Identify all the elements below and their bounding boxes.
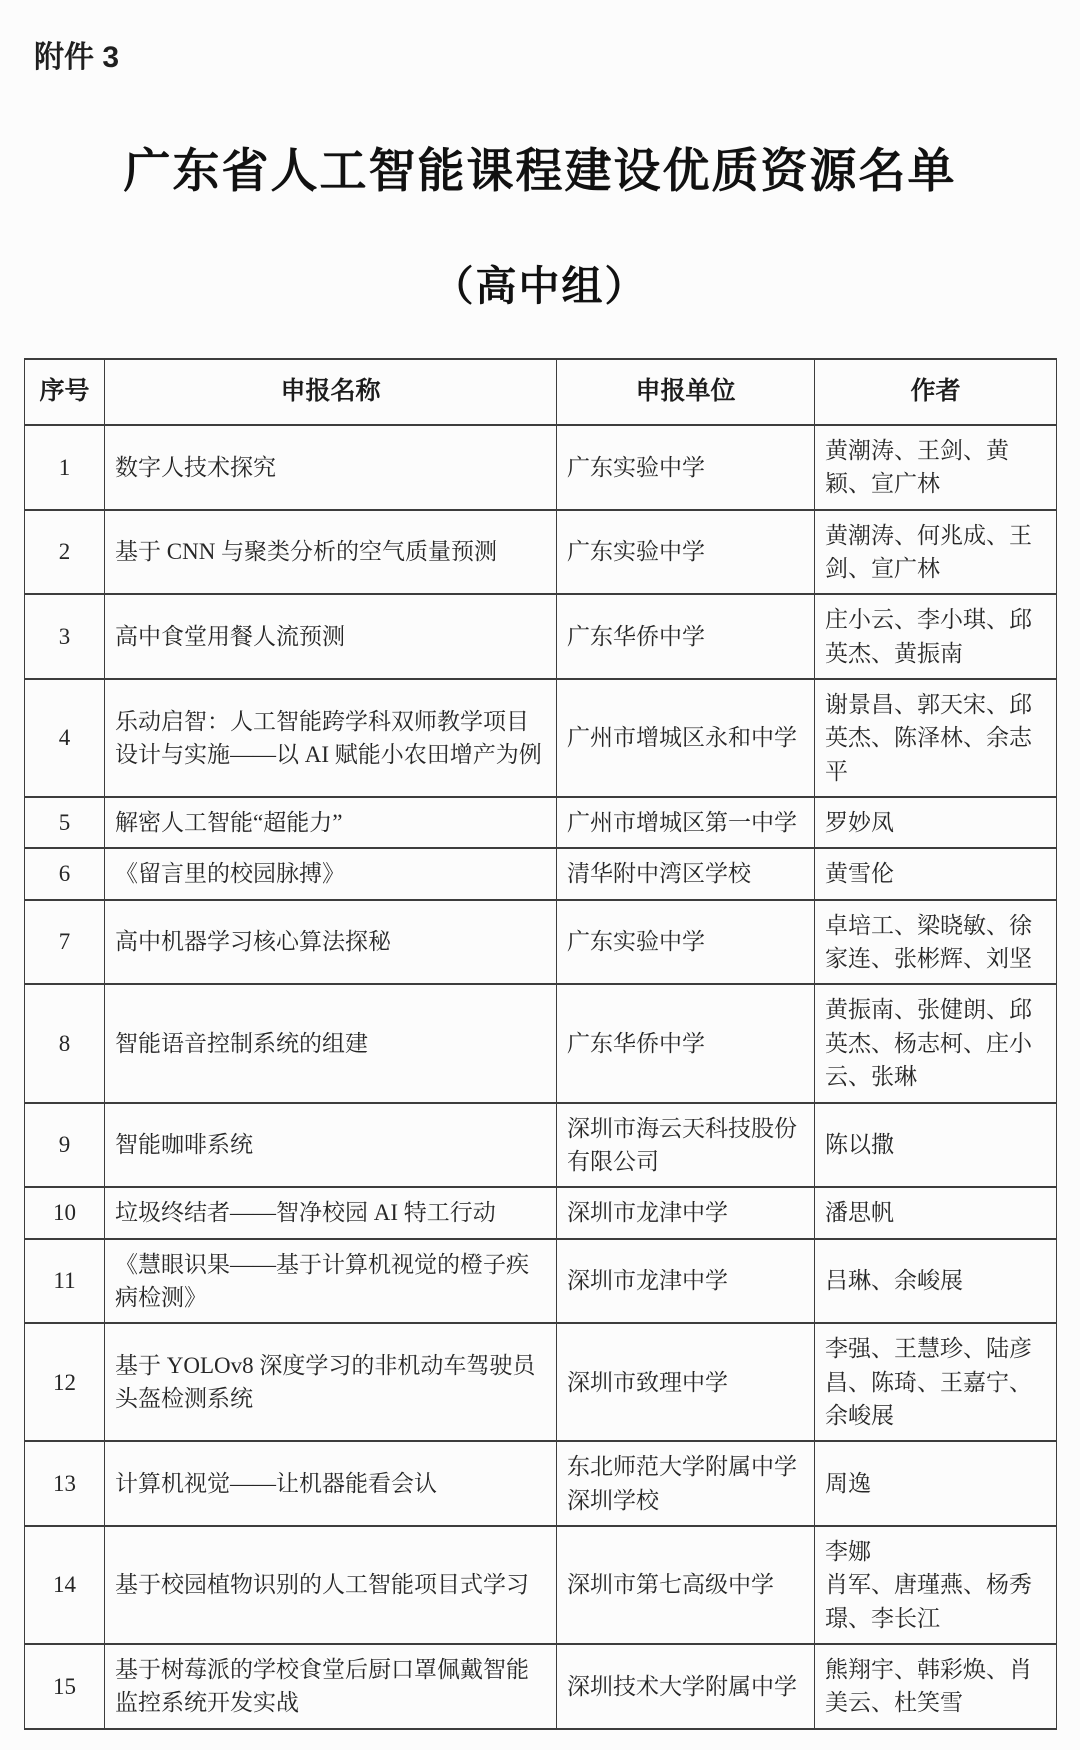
project-name: 智能咖啡系统: [105, 1103, 557, 1188]
row-number: 11: [25, 1239, 105, 1324]
table-row: 1 数字人技术探究 广东实验中学 黄潮涛、王剑、黄颖、宣广林: [25, 425, 1057, 510]
applicant-unit: 深圳市第七高级中学: [557, 1526, 815, 1644]
applicant-unit: 深圳市海云天科技股份有限公司: [557, 1103, 815, 1188]
applicant-unit: 东北师范大学附属中学深圳学校: [557, 1441, 815, 1526]
table-row: 7 高中机器学习核心算法探秘 广东实验中学 卓培工、梁晓敏、徐家连、张彬辉、刘坚: [25, 900, 1057, 985]
project-name: 高中机器学习核心算法探秘: [105, 900, 557, 985]
row-number: 5: [25, 797, 105, 848]
project-name: 基于校园植物识别的人工智能项目式学习: [105, 1526, 557, 1644]
table-row: 13 计算机视觉——让机器能看会认 东北师范大学附属中学深圳学校 周逸: [25, 1441, 1057, 1526]
authors: 李娜 肖军、唐瑾燕、杨秀璟、李长江: [815, 1526, 1057, 1644]
project-name: 《慧眼识果——基于计算机视觉的橙子疾病检测》: [105, 1239, 557, 1324]
row-number: 14: [25, 1526, 105, 1644]
col-header-unit: 申报单位: [557, 359, 815, 425]
table-row: 9 智能咖啡系统 深圳市海云天科技股份有限公司 陈以撒: [25, 1103, 1057, 1188]
page-subtitle: （高中组）: [24, 253, 1056, 312]
applicant-unit: 深圳市龙津中学: [557, 1239, 815, 1324]
project-name: 乐动启智：人工智能跨学科双师教学项目设计与实施——以 AI 赋能小农田增产为例: [105, 679, 557, 797]
row-number: 12: [25, 1323, 105, 1441]
page-title: 广东省人工智能课程建设优质资源名单: [24, 134, 1056, 201]
authors: 黄潮涛、何兆成、王剑、宣广林: [815, 510, 1057, 595]
table-row: 3 高中食堂用餐人流预测 广东华侨中学 庄小云、李小琪、邱英杰、黄振南: [25, 594, 1057, 679]
row-number: 3: [25, 594, 105, 679]
authors: 黄振南、张健朗、邱英杰、杨志柯、庄小云、张琳: [815, 984, 1057, 1102]
project-name: 垃圾终结者——智净校园 AI 特工行动: [105, 1187, 557, 1238]
row-number: 7: [25, 900, 105, 985]
project-name: 高中食堂用餐人流预测: [105, 594, 557, 679]
col-header-name: 申报名称: [105, 359, 557, 425]
row-number: 10: [25, 1187, 105, 1238]
applicant-unit: 广东华侨中学: [557, 984, 815, 1102]
applicant-unit: 广东实验中学: [557, 510, 815, 595]
project-name: 解密人工智能“超能力”: [105, 797, 557, 848]
row-number: 8: [25, 984, 105, 1102]
row-number: 6: [25, 848, 105, 899]
authors: 潘思帆: [815, 1187, 1057, 1238]
col-header-no: 序号: [25, 359, 105, 425]
project-name: 基于 YOLOv8 深度学习的非机动车驾驶员头盔检测系统: [105, 1323, 557, 1441]
table-row: 6 《留言里的校园脉搏》 清华附中湾区学校 黄雪伦: [25, 848, 1057, 899]
authors: 卓培工、梁晓敏、徐家连、张彬辉、刘坚: [815, 900, 1057, 985]
table-row: 5 解密人工智能“超能力” 广州市增城区第一中学 罗妙凤: [25, 797, 1057, 848]
authors: 谢景昌、郭天宋、邱英杰、陈泽林、余志平: [815, 679, 1057, 797]
authors: 庄小云、李小琪、邱英杰、黄振南: [815, 594, 1057, 679]
row-number: 4: [25, 679, 105, 797]
document-page: 附件 3 广东省人工智能课程建设优质资源名单 （高中组） 序号 申报名称 申报单…: [0, 0, 1080, 1750]
table-row: 15 基于树莓派的学校食堂后厨口罩佩戴智能监控系统开发实战 深圳技术大学附属中学…: [25, 1644, 1057, 1729]
authors: 罗妙凤: [815, 797, 1057, 848]
applicant-unit: 深圳市龙津中学: [557, 1187, 815, 1238]
applicant-unit: 广州市增城区永和中学: [557, 679, 815, 797]
row-number: 1: [25, 425, 105, 510]
applicant-unit: 清华附中湾区学校: [557, 848, 815, 899]
authors: 吕琳、余峻展: [815, 1239, 1057, 1324]
table-row: 12 基于 YOLOv8 深度学习的非机动车驾驶员头盔检测系统 深圳市致理中学 …: [25, 1323, 1057, 1441]
project-name: 智能语音控制系统的组建: [105, 984, 557, 1102]
applicant-unit: 深圳市致理中学: [557, 1323, 815, 1441]
row-number: 2: [25, 510, 105, 595]
resource-table: 序号 申报名称 申报单位 作者 1 数字人技术探究 广东实验中学 黄潮涛、王剑、…: [24, 358, 1057, 1730]
attachment-label: 附件 3: [34, 32, 1056, 76]
authors: 熊翔宇、韩彩焕、肖美云、杜笑雪: [815, 1644, 1057, 1729]
project-name: 基于树莓派的学校食堂后厨口罩佩戴智能监控系统开发实战: [105, 1644, 557, 1729]
project-name: 计算机视觉——让机器能看会认: [105, 1441, 557, 1526]
applicant-unit: 广东实验中学: [557, 425, 815, 510]
table-row: 2 基于 CNN 与聚类分析的空气质量预测 广东实验中学 黄潮涛、何兆成、王剑、…: [25, 510, 1057, 595]
row-number: 9: [25, 1103, 105, 1188]
authors: 黄潮涛、王剑、黄颖、宣广林: [815, 425, 1057, 510]
applicant-unit: 广州市增城区第一中学: [557, 797, 815, 848]
authors: 陈以撒: [815, 1103, 1057, 1188]
applicant-unit: 深圳技术大学附属中学: [557, 1644, 815, 1729]
table-row: 4 乐动启智：人工智能跨学科双师教学项目设计与实施——以 AI 赋能小农田增产为…: [25, 679, 1057, 797]
row-number: 15: [25, 1644, 105, 1729]
table-row: 8 智能语音控制系统的组建 广东华侨中学 黄振南、张健朗、邱英杰、杨志柯、庄小云…: [25, 984, 1057, 1102]
project-name: 基于 CNN 与聚类分析的空气质量预测: [105, 510, 557, 595]
table-header-row: 序号 申报名称 申报单位 作者: [25, 359, 1057, 425]
applicant-unit: 广东实验中学: [557, 900, 815, 985]
applicant-unit: 广东华侨中学: [557, 594, 815, 679]
project-name: 《留言里的校园脉搏》: [105, 848, 557, 899]
project-name: 数字人技术探究: [105, 425, 557, 510]
col-header-authors: 作者: [815, 359, 1057, 425]
authors: 黄雪伦: [815, 848, 1057, 899]
table-row: 10 垃圾终结者——智净校园 AI 特工行动 深圳市龙津中学 潘思帆: [25, 1187, 1057, 1238]
table-row: 14 基于校园植物识别的人工智能项目式学习 深圳市第七高级中学 李娜 肖军、唐瑾…: [25, 1526, 1057, 1644]
authors: 周逸: [815, 1441, 1057, 1526]
authors: 李强、王慧珍、陆彦昌、陈琦、王嘉宁、余峻展: [815, 1323, 1057, 1441]
row-number: 13: [25, 1441, 105, 1526]
table-row: 11 《慧眼识果——基于计算机视觉的橙子疾病检测》 深圳市龙津中学 吕琳、余峻展: [25, 1239, 1057, 1324]
